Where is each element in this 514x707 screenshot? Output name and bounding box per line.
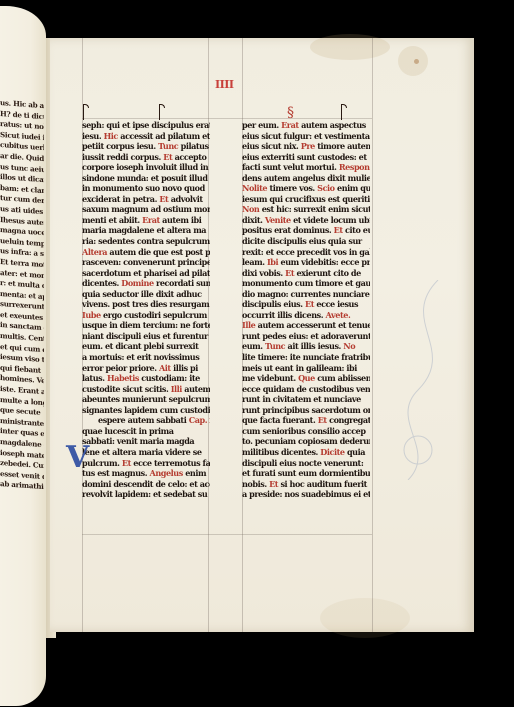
text-line: lite timere: ite nunciate fratribus xyxy=(242,352,370,363)
text-line: occurrit illis dicens. Avete. xyxy=(242,310,370,321)
text-line: eius sicut fulgur: et vestimenta xyxy=(242,131,370,142)
text-line: corpore ioseph involuit illud in xyxy=(82,162,210,173)
text-line: eum. et dicant plebi surrexit xyxy=(82,341,210,352)
text-line: iesu. Hic accessit ad pilatum et xyxy=(82,131,210,142)
text-line: ab arimathia xyxy=(0,479,44,493)
stain xyxy=(320,598,410,638)
text-line: cum senioribus consilio accep xyxy=(242,426,370,437)
text-line: petiit corpus iesu. Tunc pilatus xyxy=(82,141,210,152)
left-page-text: us. Hic ab aiebatH? de ti dicuntratus: u… xyxy=(0,98,44,493)
text-column-a: seph: qui et ipse discipulus eratiesu. H… xyxy=(82,120,210,500)
text-line: leam. Ibi eum videbitis: ecce pre xyxy=(242,257,370,268)
text-line: dicentes. Domine recordati sumus xyxy=(82,278,210,289)
text-line: espere autem sabbati Cap. xxviii. xyxy=(82,415,210,426)
text-line: error peior priore. Ait illis pi xyxy=(82,363,210,374)
text-line: me videbunt. Que cum abiissent: xyxy=(242,373,370,384)
ruling-line xyxy=(82,118,372,119)
stain xyxy=(310,34,390,60)
text-line: domini descendit de celo: et accedens xyxy=(82,479,210,490)
text-line: dicite discipulis eius quia sur xyxy=(242,236,370,247)
text-line: usque in diem tercium: ne forte ve xyxy=(82,320,210,331)
text-line: per eum. Erat autem aspectus xyxy=(242,120,370,131)
text-line: revolvit lapidem: et sedebat su xyxy=(82,489,210,500)
stain xyxy=(398,46,428,76)
text-line: facti sunt velut mortui. Respon xyxy=(242,162,370,173)
text-line: signantes lapidem cum custodibus. xyxy=(82,405,210,416)
text-line: militibus dicentes. Dicite quia xyxy=(242,447,370,458)
text-line: seph: qui et ipse discipulus erat xyxy=(82,120,210,131)
text-line: quae lucescit in prima xyxy=(82,426,210,437)
text-line: sabbati: venit maria magda xyxy=(82,436,210,447)
decorated-initial-v: V xyxy=(66,444,92,472)
left-page: us. Hic ab aiebatH? de ti dicuntratus: u… xyxy=(0,6,46,706)
stain xyxy=(414,59,419,64)
text-line: runt in civitatem et nunciave xyxy=(242,394,370,405)
text-line: nobis. Et si hoc auditum fuerit xyxy=(242,479,370,490)
text-line: dixi vobis. Et exierunt cito de xyxy=(242,268,370,279)
text-line: iesum qui crucifixus est queritis. xyxy=(242,194,370,205)
text-column-b: per eum. Erat autem aspectuseius sicut f… xyxy=(242,120,370,500)
text-line: a mortuis: et erit novissimus xyxy=(82,352,210,363)
text-line: exciderat in petra. Et advolvit xyxy=(82,194,210,205)
text-line: discipulis eius. Et ecce iesus xyxy=(242,299,370,310)
text-line: dio magno: currentes nunciare xyxy=(242,289,370,300)
penwork-flourish xyxy=(378,280,468,480)
text-line: Non est hic: surrexit enim sicut xyxy=(242,204,370,215)
text-line: runt principibus sacerdotum omnia xyxy=(242,405,370,416)
ascender-stroke xyxy=(341,104,342,120)
text-line: vivens. post tres dies resurgam. xyxy=(82,299,210,310)
text-line: meis ut eant in galileam: ibi xyxy=(242,363,370,374)
text-line: monumento cum timore et gau xyxy=(242,278,370,289)
text-line: eius sicut nix. Pre timore autem xyxy=(242,141,370,152)
text-line: menti et abiit. Erat autem ibi xyxy=(82,215,210,226)
text-line: to. pecuniam copiosam dederunt xyxy=(242,436,370,447)
ruling-line xyxy=(82,534,372,535)
text-line: dixit. Venite et videte locum ubi xyxy=(242,215,370,226)
text-line: lene et altera maria videre se xyxy=(82,447,210,458)
ascender-stroke xyxy=(159,104,160,120)
text-line: custodite sicut scitis. Illi autem xyxy=(82,384,210,395)
text-line: ecce quidam de custodibus vene xyxy=(242,384,370,395)
text-line: Iube ergo custodiri sepulcrum xyxy=(82,310,210,321)
text-line: que facta fuerant. Et congregati xyxy=(242,415,370,426)
text-line: quia seductor ille dixit adhuc xyxy=(82,289,210,300)
text-line: latus. Habetis custodiam: ite xyxy=(82,373,210,384)
text-line: saxum magnum ad ostium monu xyxy=(82,204,210,215)
text-line: positus erat dominus. Et cito euntes xyxy=(242,225,370,236)
ruling-line xyxy=(372,38,373,632)
text-line: eum. Tunc ait illis iesus. No xyxy=(242,341,370,352)
text-line: sacerdotum et pharisei ad pilatum xyxy=(82,268,210,279)
text-line: Altera autem die que est post pa xyxy=(82,247,210,258)
text-line: runt pedes eius: et adoraverunt xyxy=(242,331,370,342)
folio-heading: IIII xyxy=(215,78,234,91)
text-line: tus est magnus. Angelus enim xyxy=(82,468,210,479)
text-line: rasceven: convenerunt principes xyxy=(82,257,210,268)
text-line: eius exterriti sunt custodes: et xyxy=(242,152,370,163)
text-line: Ille autem accesserunt et tenue xyxy=(242,320,370,331)
text-line: rexit: et ecce precedit vos in gali xyxy=(242,247,370,258)
text-line: dens autem angelus dixit mulieribus. xyxy=(242,173,370,184)
text-line: abeuntes munierunt sepulcrum: xyxy=(82,394,210,405)
text-line: ria: sedentes contra sepulcrum. xyxy=(82,236,210,247)
ascender-stroke xyxy=(83,104,84,120)
text-line: niant discipuli eius et furentur xyxy=(82,331,210,342)
text-line: pulcrum. Et ecce terremotus fac xyxy=(82,458,210,469)
text-line: a preside: nos suadebimus ei et xyxy=(242,489,370,500)
text-line: in monumento suo novo quod xyxy=(82,183,210,194)
text-line: Nolite timere vos. Scio enim quod xyxy=(242,183,370,194)
text-line: discipuli eius nocte venerunt: xyxy=(242,458,370,469)
text-line: sindone munda: et posuit illud xyxy=(82,173,210,184)
text-line: et furati sunt eum dormientibus xyxy=(242,468,370,479)
text-line: maria magdalene et altera ma xyxy=(82,225,210,236)
text-line: iussit reddi corpus. Et accepto xyxy=(82,152,210,163)
